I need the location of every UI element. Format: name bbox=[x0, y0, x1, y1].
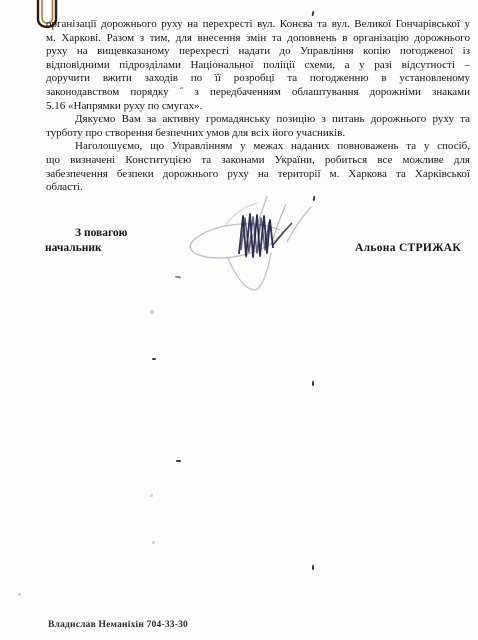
body-line: законодавством порядку ˝ з передбаченням… bbox=[46, 86, 470, 100]
scan-speck bbox=[152, 541, 155, 544]
closing-salutation: З повагою bbox=[75, 226, 127, 241]
scan-speck bbox=[176, 460, 181, 462]
body-line: руху на вищевказаному перехресті надати … bbox=[46, 45, 470, 59]
scan-speck bbox=[18, 593, 21, 596]
executor-contact: Владислав Неманіхін 704-33-30 bbox=[48, 620, 188, 630]
body-line: що визначені Конституцією та законами Ук… bbox=[46, 154, 470, 168]
body-line: забезпечення безпеки дорожнього руху на … bbox=[46, 168, 470, 182]
body-line: Наголошуємо, що Управлінням у межах нада… bbox=[46, 140, 470, 154]
scan-speck bbox=[152, 358, 156, 360]
scan-speck bbox=[150, 494, 153, 497]
scan-speck bbox=[312, 381, 314, 386]
letter-body: організації дорожнього руху на перехрест… bbox=[46, 18, 470, 195]
body-line: Дякуємо Вам за активну громадянську пози… bbox=[46, 113, 470, 127]
body-line: організації дорожнього руху на перехрест… bbox=[46, 18, 470, 32]
handwritten-signature bbox=[165, 190, 325, 300]
scanned-letter-page: організації дорожнього руху на перехрест… bbox=[0, 0, 478, 640]
body-line: відповідними підрозділами Національної п… bbox=[46, 59, 470, 73]
closing-position: начальник bbox=[45, 241, 127, 256]
body-line: турботу про створення безпечних умов для… bbox=[46, 127, 470, 141]
body-line: доручити вжити заходів по її розробці та… bbox=[46, 72, 470, 86]
closing-block: З повагою начальник bbox=[45, 226, 127, 255]
scan-speck bbox=[150, 310, 154, 314]
body-line: м. Харкові. Разом з тим, для внесення зм… bbox=[46, 32, 470, 46]
body-line: 5.16 «Напрямки руху по смугах». bbox=[46, 100, 470, 114]
scan-speck bbox=[312, 565, 314, 570]
signer-name: Альона СТРИЖАК bbox=[355, 242, 461, 254]
scan-speck bbox=[312, 11, 315, 16]
